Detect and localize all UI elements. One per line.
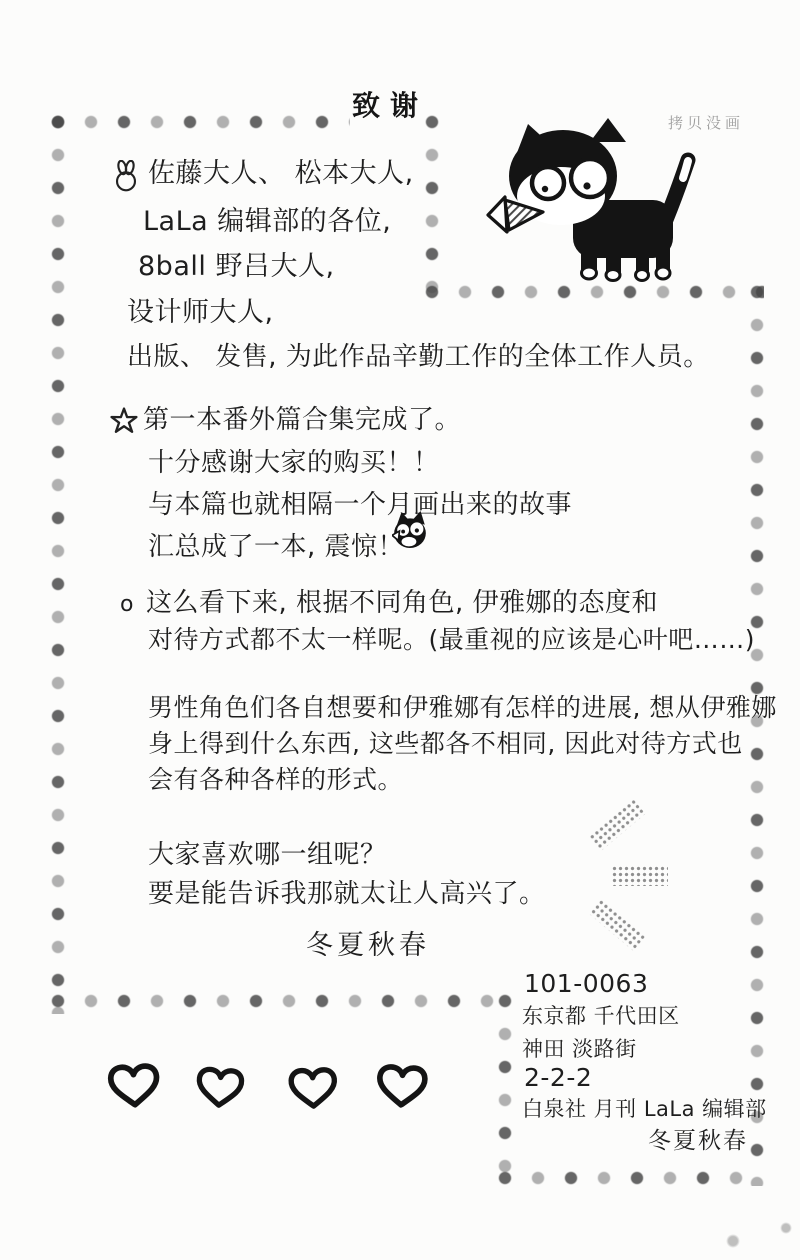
address-line: 白泉社 月刊 LaLa 编辑部 xyxy=(522,1097,767,1121)
dot-border-left xyxy=(50,114,66,1014)
heart-icon xyxy=(192,1062,247,1112)
author-signature: 冬夏秋春 xyxy=(306,930,430,961)
address-line: 神田 淡路街 xyxy=(522,1037,637,1061)
paragraph-line: 大家喜欢哪一组呢？ xyxy=(148,841,387,871)
heart-icon xyxy=(373,1060,431,1112)
dot-border-top xyxy=(50,114,350,130)
address-line: 2-2-2 xyxy=(524,1064,592,1093)
thanks-line: 佐藤大人、 松本大人, xyxy=(148,158,414,189)
paragraph-line: 与本篇也就相隔一个月画出来的故事 xyxy=(148,491,572,521)
paragraph-line: 男性角色们各自想要和伊雅娜有怎样的进展, 想从伊雅娜 xyxy=(148,694,777,723)
paragraph-line: 这么看下来, 根据不同角色, 伊雅娜的态度和 xyxy=(146,589,658,619)
thanks-line: 8ball 野吕大人, xyxy=(138,251,335,282)
stray-pencil-dot xyxy=(780,1222,792,1234)
paragraph-line: 第一本番外篇合集完成了。 xyxy=(143,406,461,436)
stray-pencil-dot xyxy=(726,1234,740,1248)
address-signature: 冬夏秋春 xyxy=(648,1128,748,1154)
paragraph-line: 十分感谢大家的购买！！ xyxy=(148,449,440,479)
thanks-line: 设计师大人, xyxy=(127,297,274,328)
mini-cat-face-icon xyxy=(392,511,428,549)
thanks-line: 出版、 发售, 为此作品辛勤工作的全体工作人员。 xyxy=(127,343,710,373)
address-line: 101-0063 xyxy=(524,970,648,999)
dot-border-catbox-left xyxy=(424,114,440,300)
star-bullet-icon xyxy=(110,407,138,435)
arrow-bar-bottom xyxy=(589,899,646,951)
circle-bullet: o xyxy=(120,592,134,617)
manga-afterword-page: 致谢 拷贝没画 xyxy=(0,0,800,1260)
heart-icon xyxy=(105,1059,164,1112)
dot-border-right xyxy=(749,284,765,1186)
paragraph-line: 汇总成了一本, 震惊！ xyxy=(148,533,404,563)
thanks-line: LaLa 编辑部的各位, xyxy=(143,206,391,237)
cat-with-fish-illustration xyxy=(478,118,703,288)
dot-border-bottom-right xyxy=(497,1170,761,1186)
address-line: 东京都 千代田区 xyxy=(522,1004,680,1028)
paragraph-line: 对待方式都不太一样呢。(最重视的应该是心叶吧……) xyxy=(148,626,755,655)
paragraph-line: 会有各种各样的形式。 xyxy=(148,766,403,795)
page-title: 致谢 xyxy=(352,84,428,124)
paragraph-line: 要是能告诉我那就太让人高兴了。 xyxy=(148,880,546,910)
paragraph-line: 身上得到什么东西, 这些都各不相同, 因此对待方式也 xyxy=(148,730,743,759)
arrow-bar-top xyxy=(589,799,646,851)
bunny-doodle-icon xyxy=(114,160,138,192)
heart-icon xyxy=(285,1063,341,1112)
arrow-bar-middle xyxy=(612,866,668,886)
dot-border-address-left xyxy=(497,993,513,1186)
dot-border-bottom-left xyxy=(50,993,512,1009)
